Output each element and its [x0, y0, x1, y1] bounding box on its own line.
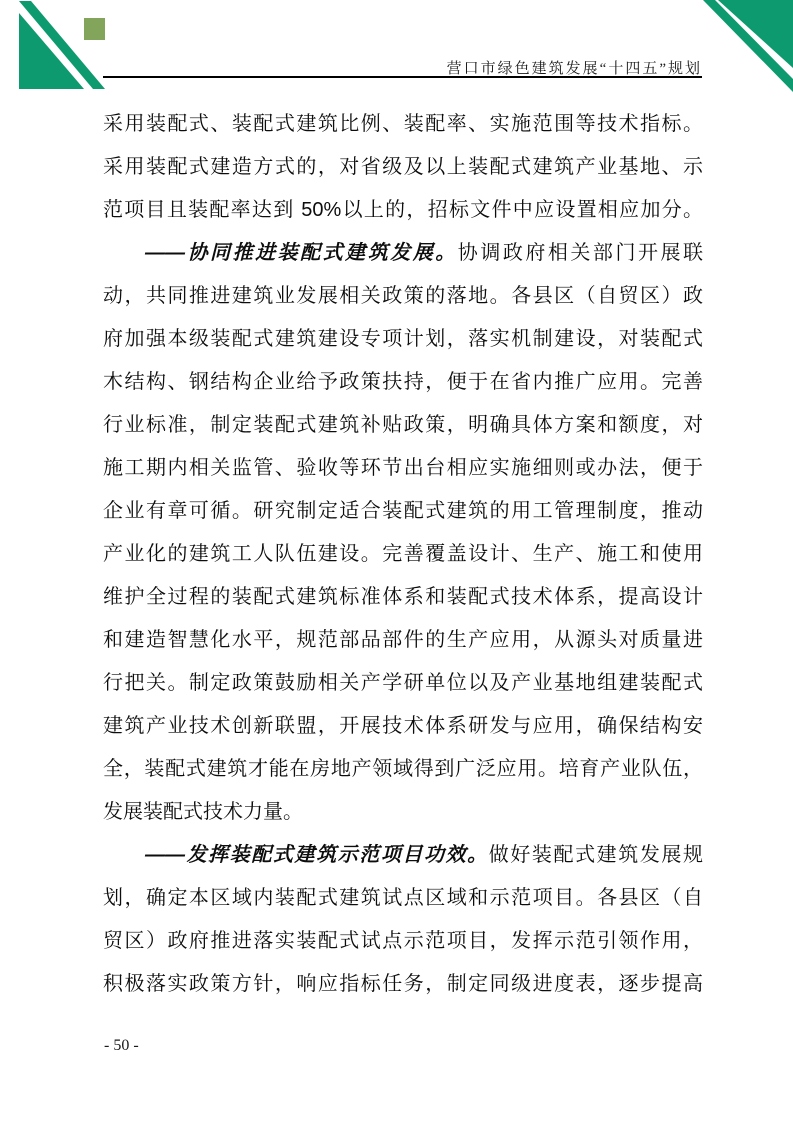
line-text: 贸区）政府推进落实装配式试点示范项目，发挥示范引领作用， [103, 930, 703, 952]
body-line: 贸区）政府推进落实装配式试点示范项目，发挥示范引领作用， [103, 920, 703, 963]
line-text: 木结构、钢结构企业给予政策扶持，便于在省内推广应用。完善 [103, 371, 703, 393]
body-line: 建筑产业技术创新联盟，开展技术体系研发与应用，确保结构安 [103, 705, 703, 748]
line-text: 行把关。制定政策鼓励相关产学研单位以及产业基地组建装配式 [103, 672, 703, 694]
paragraph-lead: ——发挥装配式建筑示范项目功效。 [145, 844, 489, 866]
body-line: ——协同推进装配式建筑发展。协调政府相关部门开展联 [103, 232, 703, 275]
line-text: 发展装配式技术力量。 [103, 801, 303, 823]
body-line: 和建造智慧化水平，规范部品部件的生产应用，从源头对质量进 [103, 619, 703, 662]
footer-page-number: - 50 - [104, 1037, 139, 1055]
olive-square-icon [84, 18, 105, 40]
line-text: 建筑产业技术创新联盟，开展技术体系研发与应用，确保结构安 [103, 715, 703, 737]
line-text: 协调政府相关部门开展联 [458, 242, 703, 264]
document-page: 营口市绿色建筑发展“十四五”规划 采用装配式、装配式建筑比例、装配率、实施范围等… [0, 0, 793, 1122]
body-line: 全，装配式建筑才能在房地产领域得到广泛应用。培育产业队伍， [103, 748, 703, 791]
line-text: 积极落实政策方针，响应指标任务，制定同级进度表，逐步提高 [103, 973, 703, 995]
paragraph-lead: ——协同推进装配式建筑发展。 [145, 242, 458, 264]
body-text: 采用装配式、装配式建筑比例、装配率、实施范围等技术指标。采用装配式建造方式的，对… [103, 103, 703, 1006]
body-line: 积极落实政策方针，响应指标任务，制定同级进度表，逐步提高 [103, 963, 703, 1006]
corner-triangle [19, 13, 84, 89]
body-line: 施工期内相关监管、验收等环节出台相应实施细则或办法，便于 [103, 447, 703, 490]
corner-decoration-top-left [0, 0, 110, 92]
body-line: 产业化的建筑工人队伍建设。完善覆盖设计、生产、施工和使用 [103, 533, 703, 576]
body-line: 行把关。制定政策鼓励相关产学研单位以及产业基地组建装配式 [103, 662, 703, 705]
body-line: 范项目且装配率达到 50%以上的，招标文件中应设置相应加分。 [103, 189, 703, 232]
body-line: 发展装配式技术力量。 [103, 791, 703, 834]
body-line: 划，确定本区域内装配式建筑试点区域和示范项目。各县区（自 [103, 877, 703, 920]
body-line: 维护全过程的装配式建筑标准体系和装配式技术体系，提高设计 [103, 576, 703, 619]
body-line: 采用装配式、装配式建筑比例、装配率、实施范围等技术指标。 [103, 103, 703, 146]
corner-triangle [718, 0, 793, 68]
line-text: 产业化的建筑工人队伍建设。完善覆盖设计、生产、施工和使用 [103, 543, 703, 565]
line-text: 行业标准，制定装配式建筑补贴政策，明确具体方案和额度，对 [103, 414, 703, 436]
body-line: 动，共同推进建筑业发展相关政策的落地。各县区（自贸区）政 [103, 275, 703, 318]
body-line: 府加强本级装配式建筑建设专项计划，落实机制建设，对装配式 [103, 318, 703, 361]
body-line: 采用装配式建造方式的，对省级及以上装配式建筑产业基地、示 [103, 146, 703, 189]
corner-decoration-top-right [701, 0, 793, 92]
line-text: 企业有章可循。研究制定适合装配式建筑的用工管理制度，推动 [103, 500, 703, 522]
line-text: 维护全过程的装配式建筑标准体系和装配式技术体系，提高设计 [103, 586, 703, 608]
line-text: 范项目且装配率达到 50%以上的，招标文件中应设置相应加分。 [103, 199, 703, 221]
body-line: ——发挥装配式建筑示范项目功效。做好装配式建筑发展规 [103, 834, 703, 877]
line-text: 施工期内相关监管、验收等环节出台相应实施细则或办法，便于 [103, 457, 703, 479]
body-line: 行业标准，制定装配式建筑补贴政策，明确具体方案和额度，对 [103, 404, 703, 447]
line-text: 采用装配式建造方式的，对省级及以上装配式建筑产业基地、示 [103, 156, 703, 178]
line-text: 和建造智慧化水平，规范部品部件的生产应用，从源头对质量进 [103, 629, 703, 651]
header-title: 营口市绿色建筑发展“十四五”规划 [447, 57, 702, 78]
body-line: 木结构、钢结构企业给予政策扶持，便于在省内推广应用。完善 [103, 361, 703, 404]
line-text: 做好装配式建筑发展规 [489, 844, 703, 866]
body-line: 企业有章可循。研究制定适合装配式建筑的用工管理制度，推动 [103, 490, 703, 533]
line-text: 采用装配式、装配式建筑比例、装配率、实施范围等技术指标。 [103, 113, 703, 135]
line-text: 全，装配式建筑才能在房地产领域得到广泛应用。培育产业队伍， [103, 758, 703, 780]
line-text: 划，确定本区域内装配式建筑试点区域和示范项目。各县区（自 [103, 887, 703, 909]
line-text: 府加强本级装配式建筑建设专项计划，落实机制建设，对装配式 [103, 328, 703, 350]
header-rule [103, 76, 702, 78]
line-text: 动，共同推进建筑业发展相关政策的落地。各县区（自贸区）政 [103, 285, 703, 307]
